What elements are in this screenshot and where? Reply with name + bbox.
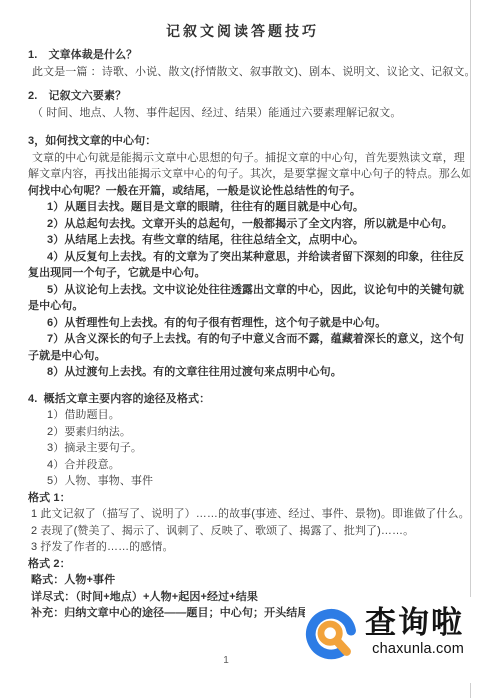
text-line: 1）借助题目。 xyxy=(28,407,457,424)
watermark-domain: chaxunla.com xyxy=(372,641,464,658)
text-line: 5）人物、事物、事件 xyxy=(28,473,457,490)
spacer xyxy=(28,121,457,133)
text-line: 3，如何找文章的中心句： xyxy=(28,133,457,150)
text-line: 文章的中心句就是能揭示文章中心思想的句子。捕捉文章的中心句，首先要熟读文章，理 xyxy=(28,150,457,167)
text-line: （ 时间、地点、人物、事件起因、经过、结果）能通过六要素理解记叙文。 xyxy=(28,105,457,122)
watermark-logo: 查询啦 chaxunla.com xyxy=(305,597,477,683)
text-line: 格式 1： xyxy=(28,490,457,507)
page-title: 记叙文阅读答题技巧 xyxy=(28,22,457,40)
text-line: 1）从题目去找。题目是文章的眼睛，往往有的题目就是中心句。 xyxy=(28,199,457,216)
text-line: 1 此文记叙了（描写了、说明了）……的故事(事迹、经过、事件、景物)。即谁做了什… xyxy=(28,506,457,523)
text-line: 格式 2： xyxy=(28,556,457,573)
text-line: 4）合并段意。 xyxy=(28,457,457,474)
text-line: 2 表现了(赞美了、揭示了、讽刺了、反映了、歌颂了、揭露了、批判了)……。 xyxy=(28,523,457,540)
text-line: 3）摘录主要句子。 xyxy=(28,440,457,457)
text-line: 6）从哲理性句上去找。有的句子很有哲理性，这个句子就是中心句。 xyxy=(28,315,457,332)
text-line: 3 抒发了作者的……的感情。 xyxy=(28,539,457,556)
text-line: 2）从总起句去找。文章开头的总起句，一般都揭示了全文内容，所以就是中心句。 xyxy=(28,216,457,233)
text-line: 4. 概括文章主要内容的途径及格式： xyxy=(28,391,457,408)
text-line: 略式：人物+事件 xyxy=(28,572,457,589)
magnifier-logo-icon xyxy=(305,606,363,675)
text-line: 5）从议论句上去找。文中议论处往往透露出文章的中心，因此，议论句中的关键句就 xyxy=(28,282,457,299)
text-line: 何找中心句呢？一般在开篇，或结尾，一般是议论性总结性的句子。 xyxy=(28,183,457,200)
text-line: 解文章内容，再找出能揭示文章中心的句子。其次，是要掌握文章中心句子的特点。那么如 xyxy=(28,166,457,183)
page-edge-divider xyxy=(470,0,471,698)
text-line: 1. 文章体裁是什么？ xyxy=(28,47,457,64)
text-line: 子就是中心句。 xyxy=(28,348,457,365)
document-page: { "document": { "title": "记叙文阅读答题技巧", "p… xyxy=(0,0,481,698)
text-line: 7）从含义深长的句子上去找。有的句子中意义含而不露，蕴藏着深长的意义，这个句 xyxy=(28,331,457,348)
document-body: 1. 文章体裁是什么？此文是一篇 ：诗歌、小说、散文(抒情散文、叙事散文)、剧本… xyxy=(28,47,457,622)
document-content: 记叙文阅读答题技巧 1. 文章体裁是什么？此文是一篇 ：诗歌、小说、散文(抒情散… xyxy=(0,0,481,622)
spacer xyxy=(28,80,457,88)
text-line: 2. 记叙文六要素？ xyxy=(28,88,457,105)
text-line: 4）从反复句上去找。有的文章为了突出某种意思，并给读者留下深刻的印象，往往反 xyxy=(28,249,457,266)
text-line: 是中心句。 xyxy=(28,298,457,315)
text-line: 2）要素归纳法。 xyxy=(28,424,457,441)
text-line: 8）从过渡句上去找。有的文章往往用过渡句来点明中心句。 xyxy=(28,364,457,381)
text-line: 3）从结尾上去找。有些文章的结尾，往往总结全文，点明中心。 xyxy=(28,232,457,249)
text-line: 此文是一篇 ：诗歌、小说、散文(抒情散文、叙事散文)、剧本、说明文、议论文、记叙… xyxy=(28,64,457,81)
text-line: 复出现同一个句子，它就是中心句。 xyxy=(28,265,457,282)
watermark-brand: 查询啦 xyxy=(365,606,464,640)
spacer xyxy=(28,381,457,391)
watermark-text: 查询啦 chaxunla.com xyxy=(365,597,464,658)
